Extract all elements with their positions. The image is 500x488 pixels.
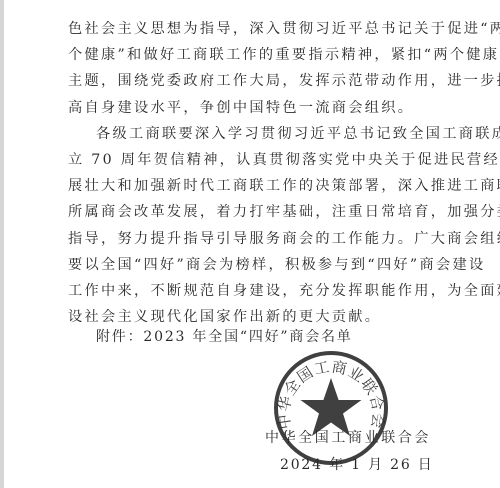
text-line: 个健康”和做好工商联工作的重要指示精神，紧扣“两个健康” [68, 42, 440, 68]
text-line: 要以全国“四好”商会为榜样，积极参与到“四好”商会建设 [68, 252, 440, 278]
issue-date: 2024 年 1 月 26 日 [280, 454, 434, 474]
official-seal: 中华全国工商业联合会 [271, 348, 391, 468]
document-body: 色社会主义思想为指导，深入贯彻习近平总书记关于促进“两 个健康”和做好工商联工作… [68, 16, 440, 330]
paragraph-1: 色社会主义思想为指导，深入贯彻习近平总书记关于促进“两 个健康”和做好工商联工作… [68, 16, 440, 121]
text-line: 展壮大和加强新时代工商联工作的决策部署，深入推进工商联 [68, 173, 440, 199]
page-left-border [0, 0, 4, 488]
text-line: 主题，围绕党委政府工作大局，发挥示范带动作用，进一步提 [68, 68, 440, 94]
text-line: 所属商会改革发展，着力打牢基础，注重日常培育，加强分类 [68, 199, 440, 225]
text-line: 各级工商联要深入学习贯彻习近平总书记致全国工商联成 [68, 121, 440, 147]
text-line: 立 70 周年贺信精神，认真贯彻落实党中央关于促进民营经济发 [68, 147, 440, 173]
signer-name: 中华全国工商业联合会 [265, 427, 431, 447]
attachment-note: 附件：2023 年全国“四好”商会名单 [96, 326, 353, 346]
paragraph-2: 各级工商联要深入学习贯彻习近平总书记致全国工商联成 立 70 周年贺信精神，认真… [68, 121, 440, 331]
text-line: 色社会主义思想为指导，深入贯彻习近平总书记关于促进“两 [68, 16, 440, 42]
text-line: 高自身建设水平，争创中国特色一流商会组织。 [68, 95, 440, 121]
text-line: 工作中来，不断规范自身建设，充分发挥职能作用，为全面建 [68, 278, 440, 304]
text-line: 指导，努力提升指导引导服务商会的工作能力。广大商会组织 [68, 226, 440, 252]
